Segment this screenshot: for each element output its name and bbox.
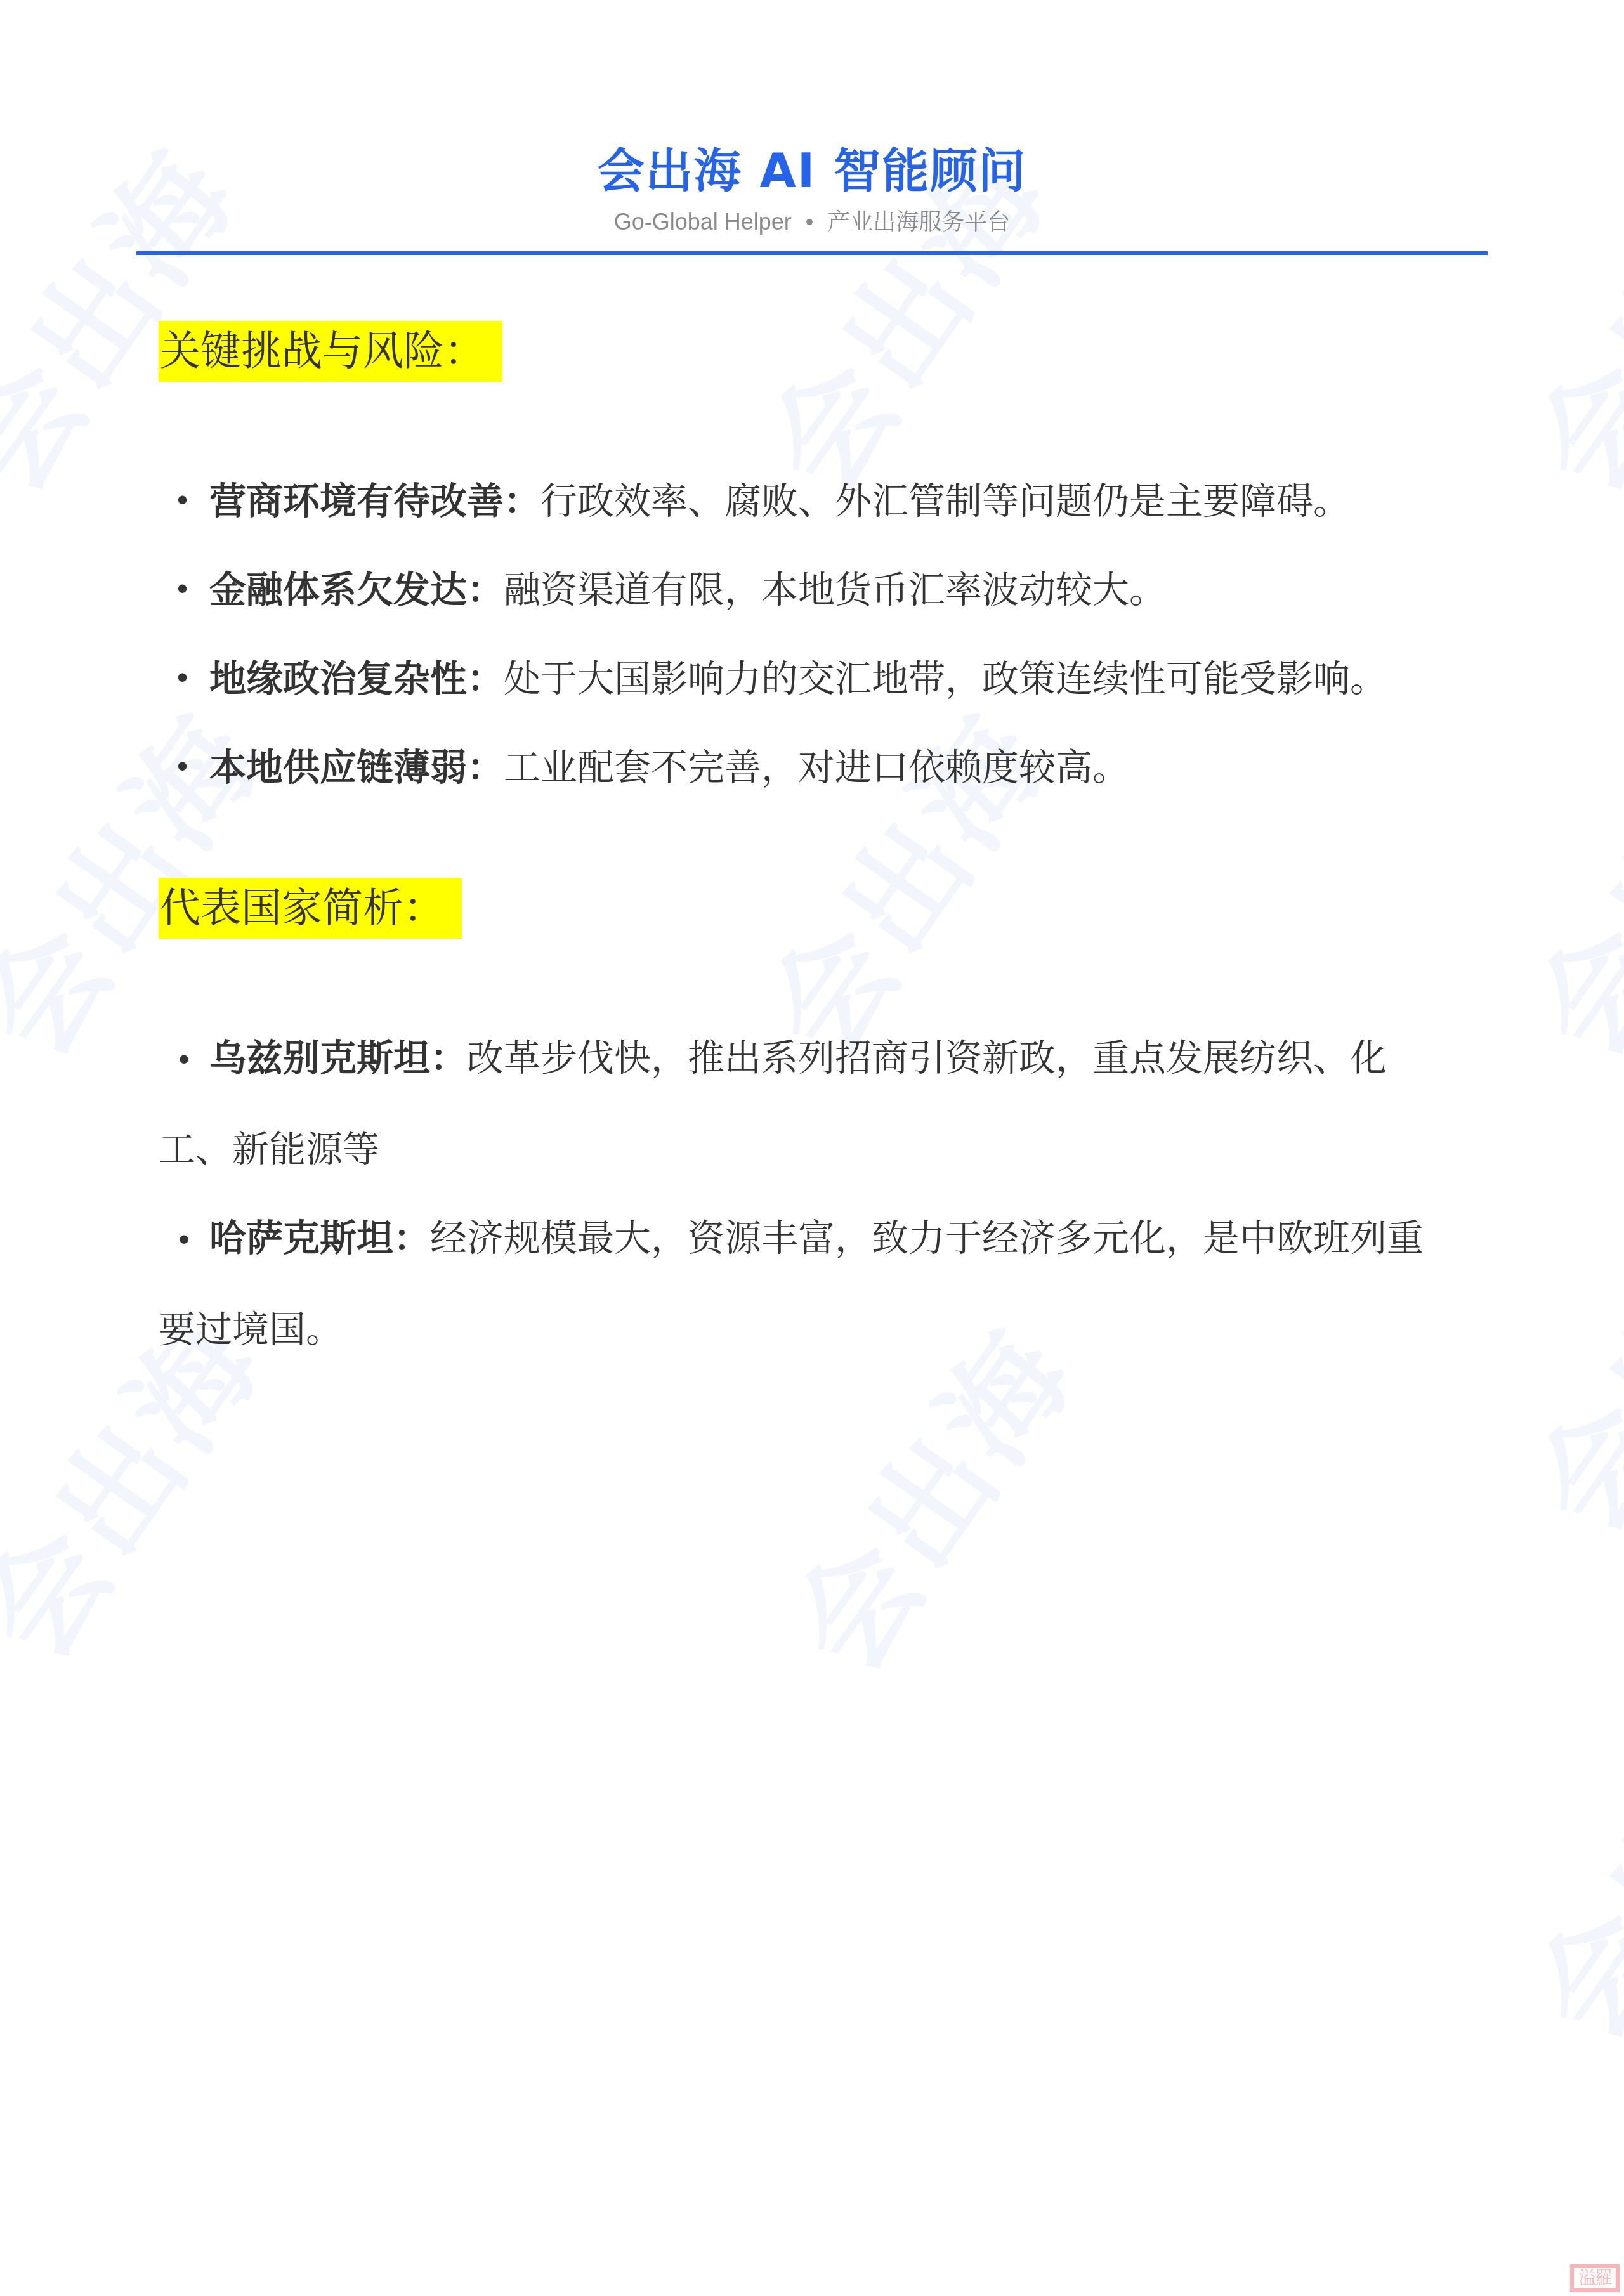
item-text: 行政效率、腐败、外汇管制等问题仍是主要障碍。 bbox=[540, 479, 1350, 523]
page-subtitle: Go-Global Helper•产业出海服务平台 bbox=[136, 208, 1488, 236]
bullet-icon: • bbox=[159, 1016, 209, 1105]
list-item: •本地供应链薄弱：工业配套不完善，对进口依赖度较高。 bbox=[159, 723, 1522, 812]
item-term: 地缘政治复杂性： bbox=[209, 657, 504, 700]
subtitle-chinese: 产业出海服务平台 bbox=[827, 209, 1010, 235]
list-item: •金融体系欠发达：融资渠道有限，本地货币汇率波动较大。 bbox=[159, 545, 1522, 634]
item-term: 金融体系欠发达： bbox=[209, 568, 504, 611]
bullet-icon: • bbox=[174, 634, 191, 723]
item-text: 处于大国影响力的交汇地带，政策连续性可能受影响。 bbox=[504, 657, 1387, 700]
section-heading-countries: 代表国家简析： bbox=[159, 878, 462, 939]
list-item: •乌兹别克斯坦：改革步伐快，推出系列招商引资新政，重点发展纺织、化工、新能源等 bbox=[159, 1014, 1440, 1194]
list-item: •地缘政治复杂性：处于大国影响力的交汇地带，政策连续性可能受影响。 bbox=[159, 634, 1522, 723]
subtitle-english: Go-Global Helper bbox=[614, 209, 792, 235]
item-text: 工业配套不完善，对进口依赖度较高。 bbox=[504, 746, 1129, 789]
section-risks: 关键挑战与风险： •营商环境有待改善：行政效率、腐败、外汇管制等问题仍是主要障碍… bbox=[159, 317, 1522, 812]
item-term: 哈萨克斯坦： bbox=[209, 1216, 430, 1260]
bullet-icon: • bbox=[174, 545, 191, 634]
header-divider bbox=[136, 251, 1488, 255]
item-text: 融资渠道有限，本地货币汇率波动较大。 bbox=[504, 568, 1166, 611]
risks-list: •营商环境有待改善：行政效率、腐败、外汇管制等问题仍是主要障碍。 •金融体系欠发… bbox=[159, 457, 1522, 812]
list-item: •营商环境有待改善：行政效率、腐败、外汇管制等问题仍是主要障碍。 bbox=[159, 457, 1522, 545]
item-term: 营商环境有待改善： bbox=[209, 479, 540, 523]
document-body: 关键挑战与风险： •营商环境有待改善：行政效率、腐败、外汇管制等问题仍是主要障碍… bbox=[159, 317, 1522, 1374]
item-term: 乌兹别克斯坦： bbox=[209, 1036, 467, 1080]
page-title: 会出海 AI 智能顾问 bbox=[136, 140, 1488, 203]
bullet-icon: • bbox=[159, 1196, 209, 1285]
seal-stamp-icon: 溢羅 bbox=[1570, 2264, 1620, 2292]
bullet-icon: • bbox=[174, 723, 191, 812]
section-heading-risks: 关键挑战与风险： bbox=[159, 321, 502, 382]
section-countries: 代表国家简析： •乌兹别克斯坦：改革步伐快，推出系列招商引资新政，重点发展纺织、… bbox=[159, 878, 1522, 1374]
watermark-text: 会出海 bbox=[1488, 1657, 1624, 2068]
countries-list: •乌兹别克斯坦：改革步伐快，推出系列招商引资新政，重点发展纺织、化工、新能源等 … bbox=[159, 1014, 1522, 1374]
page-header: 会出海 AI 智能顾问 Go-Global Helper•产业出海服务平台 bbox=[136, 140, 1488, 236]
subtitle-separator: • bbox=[806, 208, 814, 236]
bullet-icon: • bbox=[174, 457, 191, 545]
item-term: 本地供应链薄弱： bbox=[209, 746, 504, 789]
list-item: •哈萨克斯坦：经济规模最大，资源丰富，致力于经济多元化，是中欧班列重要过境国。 bbox=[159, 1194, 1440, 1374]
